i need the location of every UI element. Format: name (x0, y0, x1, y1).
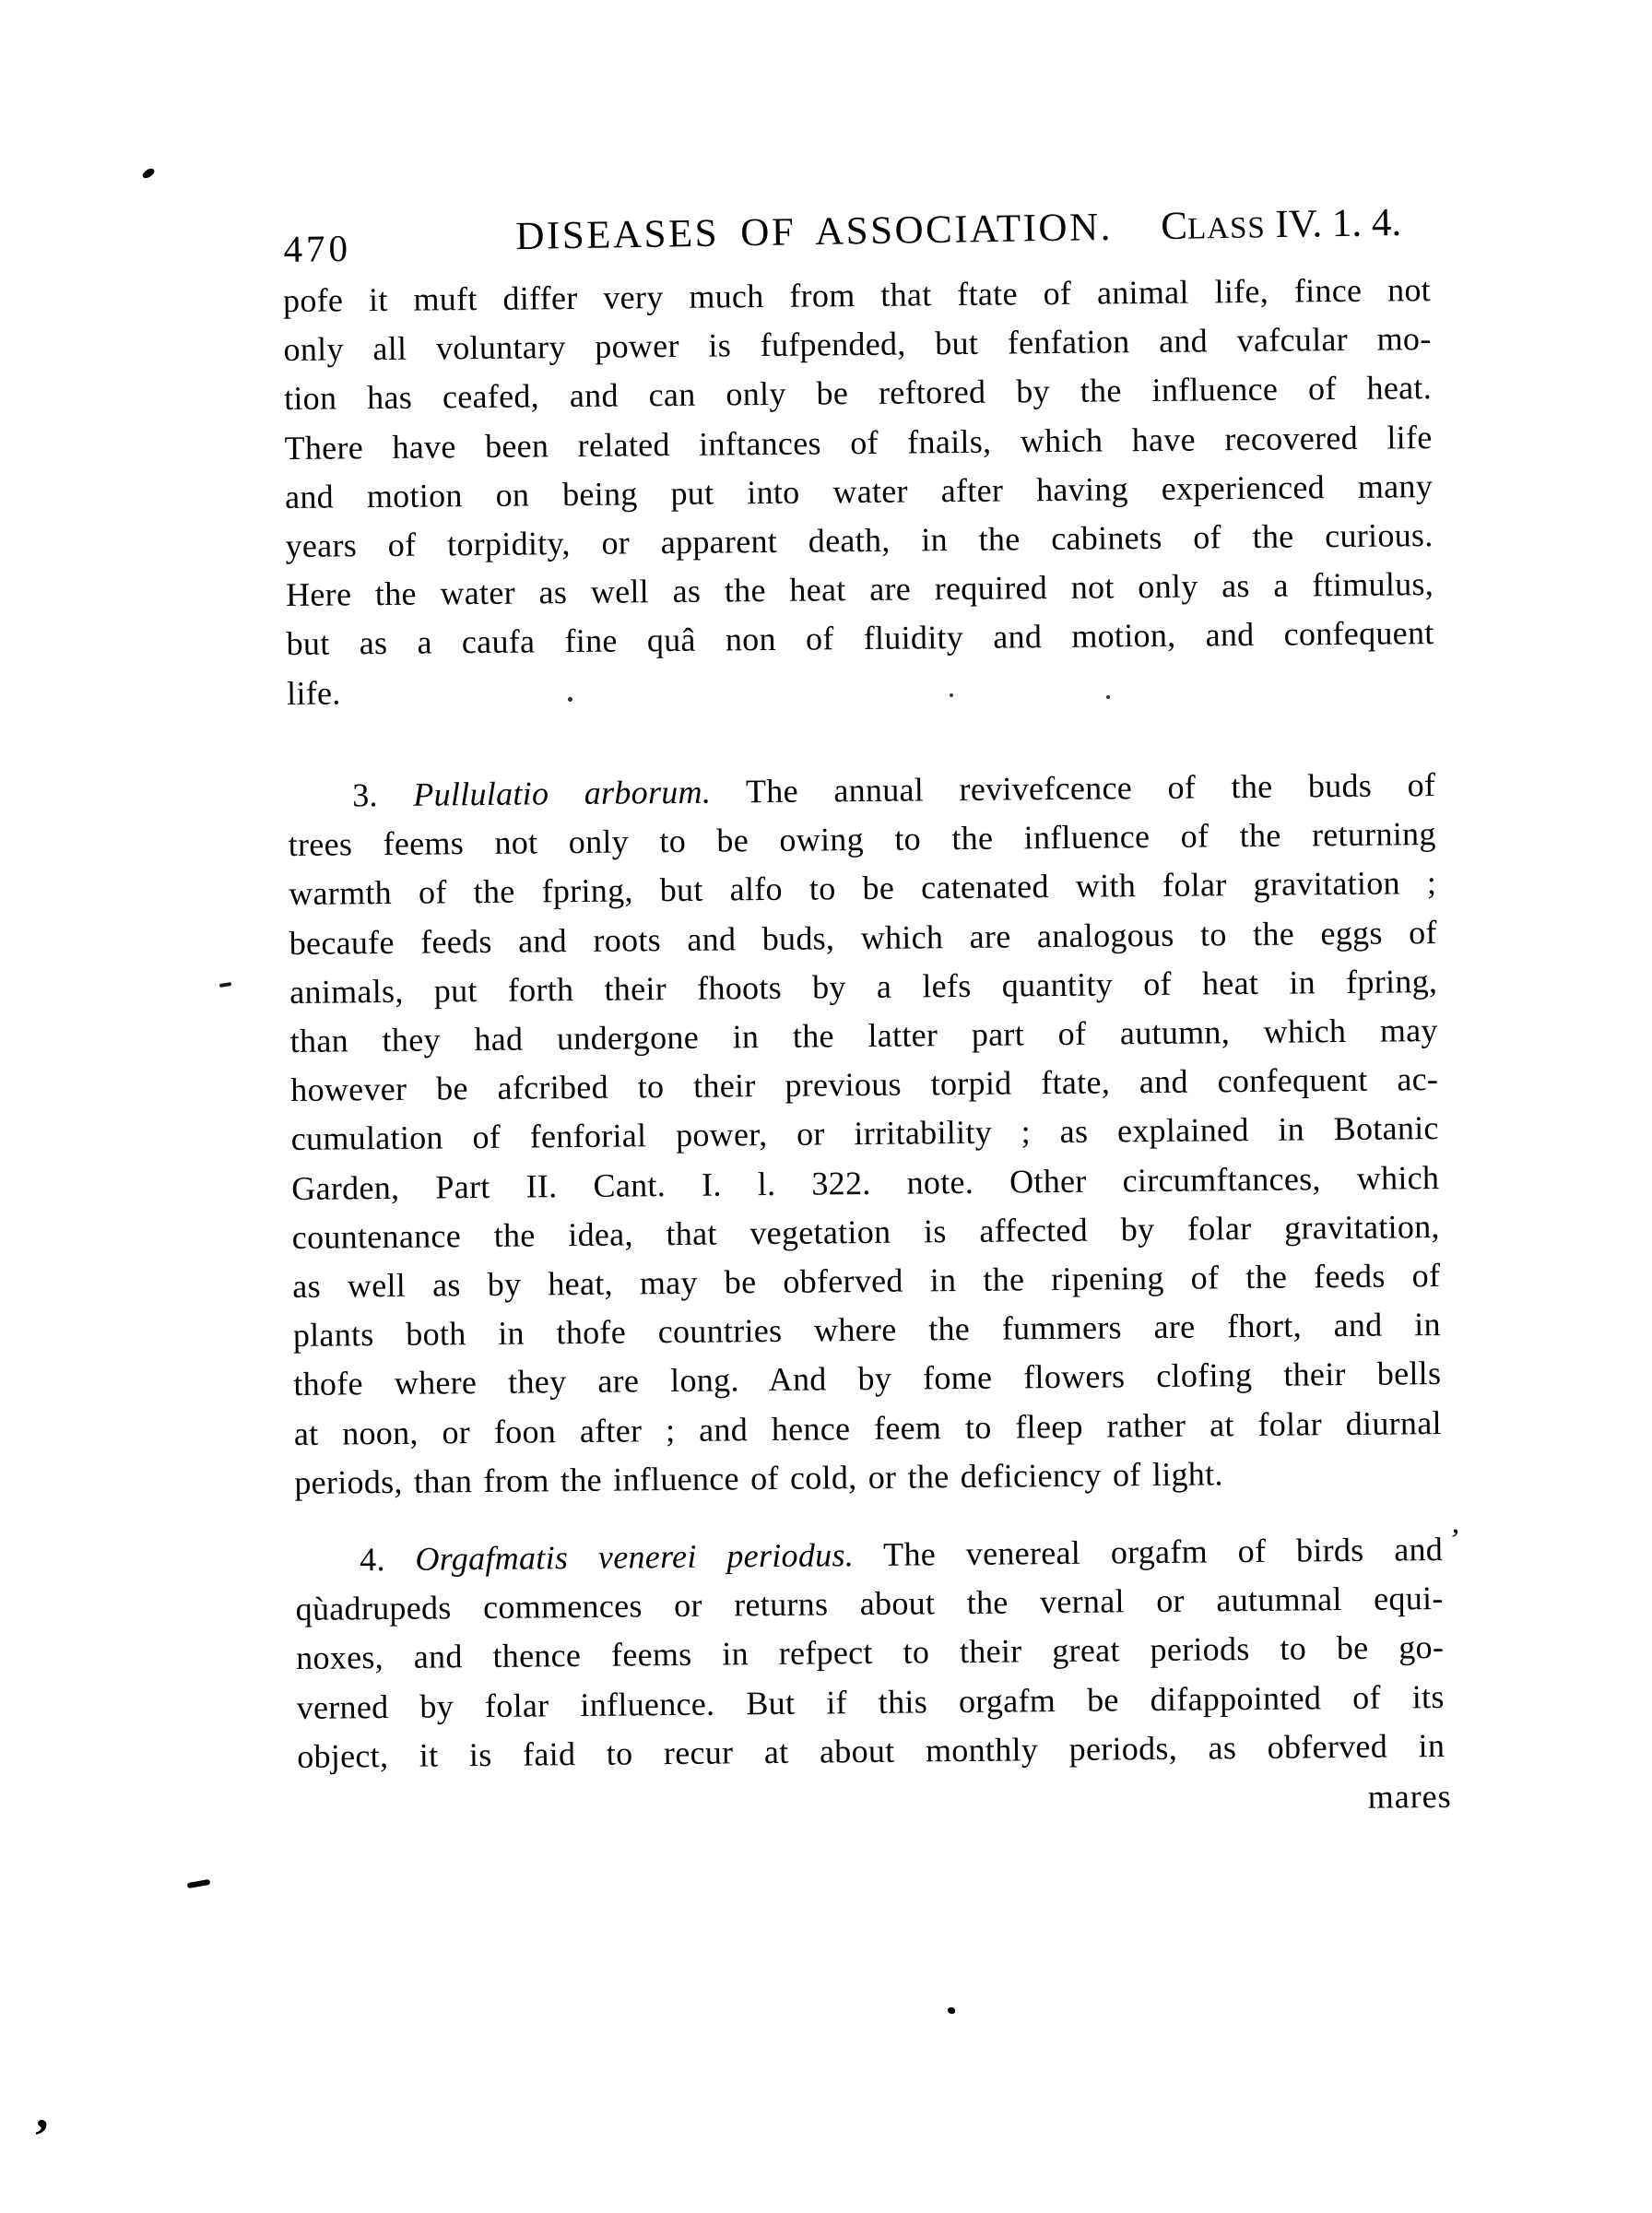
ink-dot (950, 693, 953, 697)
book-page-scan: 470 DISEASES OF ASSOCIATION. CLASS IV. 1… (0, 0, 1652, 2213)
ink-speck-bottom-center (948, 2007, 955, 2014)
text-segment: 3. (352, 776, 413, 814)
paragraph-orgasmatis-venerei: 4. Orgafmatis venerei periodus. The vene… (295, 1525, 1445, 1781)
page-header: 470 DISEASES OF ASSOCIATION. CLASS IV. 1… (0, 0, 1649, 115)
italic-phrase: Orgafmatis venerei periodus. (415, 1536, 854, 1578)
italic-phrase: Pullulatio arborum. (413, 774, 711, 813)
ink-dot (1106, 695, 1110, 699)
paragraph-continuation: pofe it muft differ very much from that … (283, 266, 1435, 718)
text-line: object, it is faid to recur at about mon… (297, 1722, 1445, 1781)
running-title: DISEASES OF ASSOCIATION. (515, 205, 1113, 259)
text-segment: The annual revivefcence of the buds of (711, 766, 1435, 811)
section-initial: C (1161, 205, 1187, 248)
ink-dot (568, 697, 572, 702)
text-segment: 4. (360, 1541, 416, 1579)
section-label: CLASS IV. 1. 4. (1161, 200, 1401, 249)
paragraph-pullulatio-arborum: 3. Pullulatio arborum. The annual revive… (288, 761, 1443, 1508)
page-content: 470 DISEASES OF ASSOCIATION. CLASS IV. 1… (0, 0, 1652, 2213)
section-smallcaps: LASS (1187, 211, 1266, 245)
section-number: IV. 1. 4. (1265, 201, 1401, 246)
text-line: periods, than from the influence of cold… (294, 1448, 1442, 1508)
page-number: 470 (283, 226, 351, 271)
text-segment: The venereal orgafm of birds and (854, 1531, 1443, 1573)
catchword: mares (1368, 1777, 1452, 1817)
